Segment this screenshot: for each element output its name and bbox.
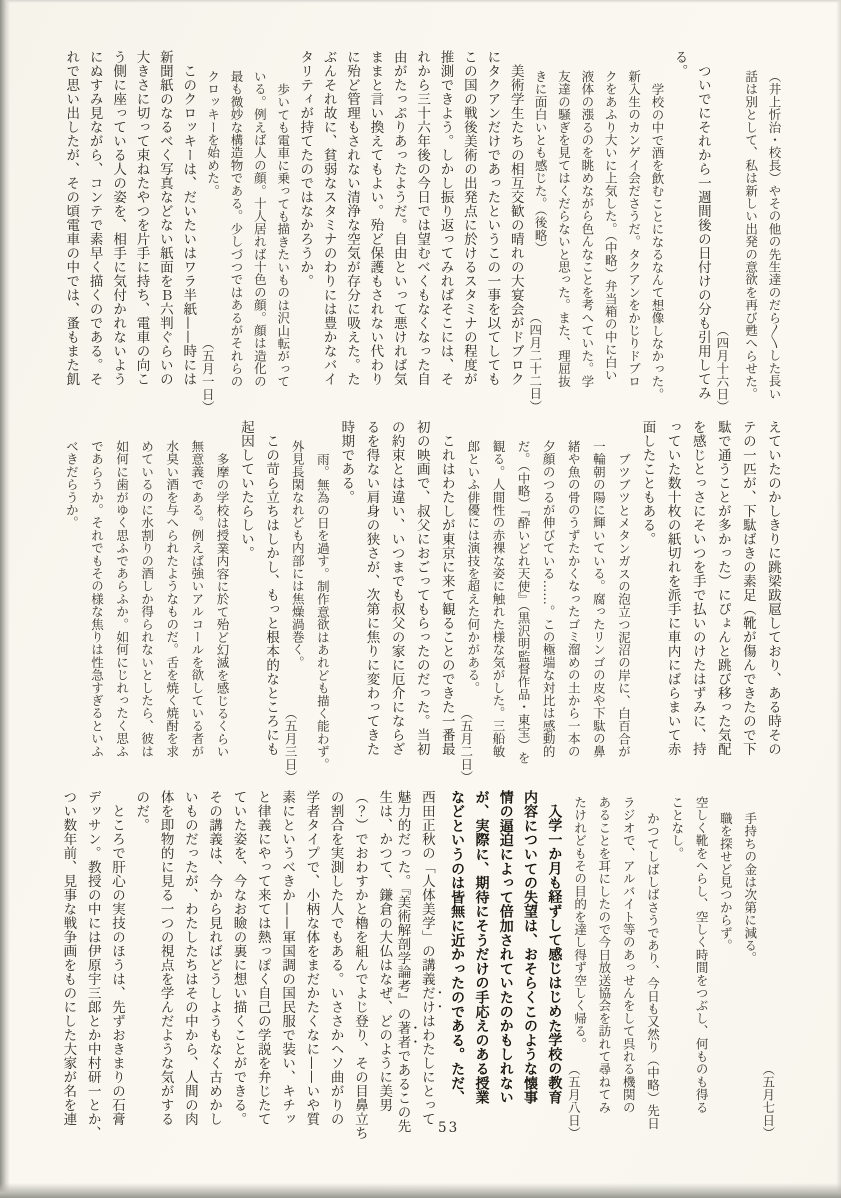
text-band-middle: えていたのかしきりに跳梁跋扈しており、ある時そのテの一匹が、下駄ばきの素足（靴が… xyxy=(55,420,783,765)
text-column: だ。（中略）『酔いどれ天使』（黒沢明監督作品・東宝）を xyxy=(507,420,532,785)
text-column: と律義にやって来ては熱っぽく自己の学説を弁じたて xyxy=(248,790,272,1135)
text-column: 生は、かつて、鎌倉の大仏はなぜ、どのように美男 xyxy=(370,790,394,1135)
text-column: 観る。人間性の赤裸な姿に触れた様な気がした。三船敏 xyxy=(482,420,507,785)
text-column: （？）でおわすかと櫓を組んでよじ登り、その目鼻立ち xyxy=(346,790,370,1135)
text-column: この国の戦後美術の出発点に於けるスタミナの程度が xyxy=(456,50,479,395)
text-column: これはわたしが東京に来て観ることのできた一番最 xyxy=(432,420,457,779)
entry-date: （五月八日） xyxy=(564,1063,582,1139)
entry-date: （四月二十二日） xyxy=(526,311,544,413)
text-band-bottom: （五月七日）手持ちの金は次第に減る。職を探せど見つからず。空しく靴をへらし、空し… xyxy=(54,790,783,1135)
text-column: 由がたっぷりあったようだ。自由といって悪ければ気 xyxy=(385,50,408,395)
entry-date: （五月七日） xyxy=(759,1063,777,1139)
text-column: 新入生のカンゲイ会ださうだ。タクアンをかじりドブロ xyxy=(619,50,642,415)
text-column: などというのは皆無に近かったのである。ただ、 xyxy=(443,790,467,1135)
text-column: 学校の中で酒を飲むことになるなんて想像しなかった。 xyxy=(643,50,666,428)
text-column: う側に座っている人の姿を、相手に気付かれないよう xyxy=(105,50,128,395)
text-column: 時期である。 xyxy=(331,420,356,765)
text-column: えていたのかしきりに跳梁跋扈しており、ある時その xyxy=(758,420,783,765)
text-column: 駄で通うことが多かった）にぴょんと跳び移った気配 xyxy=(708,420,733,765)
text-column: 推測できよう。しかし振り返ってみればそこには、そ xyxy=(432,50,455,395)
text-column: 郎といふ俳優には演技を超えた何かがある。（五月二日） xyxy=(457,420,482,785)
text-column: 起因していたらしい。 xyxy=(231,420,256,765)
text-column: の割合を実測した人でもある。いささかヘソ曲がりの xyxy=(321,790,345,1135)
text-column: たけれどもその目的を達し得ず空しく帰る。（五月八日） xyxy=(564,790,588,1141)
text-column: 学者タイプで、小柄な体をまだかたくなに——いや質 xyxy=(297,790,321,1135)
scan-edge-right xyxy=(836,0,841,1198)
text-column: 一輪朝の陽に輝いている。腐ったリンゴの皮や下駄の鼻 xyxy=(582,420,607,785)
text-column: あることを耳にしたので今日放送協会を訪れて尋ねてみ xyxy=(589,790,613,1141)
text-column: の約束とは違い、いつまでも叔父の家に厄介にならざ xyxy=(382,420,407,765)
text-column: ところで肝心の実技のほうは、先ずおきまりの石膏 xyxy=(103,790,127,1149)
text-column: 情の逼迫によって倍加されていたのかもしれない xyxy=(491,790,515,1135)
text-column: 友達の騒ぎを見てはくだらないと思った。また、理屈抜 xyxy=(549,50,572,415)
text-column: タリティが持てたのではなかろうか。 xyxy=(292,50,315,395)
entry-date: （四月十六日） xyxy=(713,324,731,413)
text-column: その講義は、今から見ればどうしようもなく古めかし xyxy=(200,790,224,1135)
scan-edge-left xyxy=(0,0,10,1198)
text-column: 空しく靴をへらし、空しく時間をつぶし、何ものも得る xyxy=(686,790,710,1141)
text-column: ていた姿を、今なお瞼の裏に想い描くことができる。 xyxy=(224,790,248,1135)
text-column: いものだったが、わたしたちはその中から、人間の肉 xyxy=(176,790,200,1135)
text-column: いる。例えば人の顔。十人居れば十色の顔。顔は造化の xyxy=(245,50,268,415)
text-column: （井上忻治・校長）やその他の先生達のだら〳〵した長い xyxy=(760,50,783,415)
text-column: べきだらうか。 xyxy=(55,420,80,785)
text-column: この苛ら立ちはしかし、もっと根本的なところにも xyxy=(256,420,281,779)
text-column: 如何に歯がゆく思ふであらふか。如何にじれったく思ふ xyxy=(105,420,130,785)
text-column: クロッキーを始めた。（五月一日） xyxy=(198,50,221,415)
text-column: クをあふり大いに上気した。（中略）弁当箱の中に白い xyxy=(596,50,619,415)
scan-edge-top xyxy=(0,0,841,3)
text-column: 液体の漲るのを眺めながら色んなことを考へていた。学 xyxy=(572,50,595,415)
text-column: 入学一か月も経ずして感じはじめた学校の教育 xyxy=(540,790,564,1149)
date-column: （四月十六日） xyxy=(713,50,736,415)
text-column: るを得ない肩身の狭さが、次第に焦りに変わってきた xyxy=(356,420,381,765)
text-column: ことなし。 xyxy=(662,790,686,1141)
book-page: （井上忻治・校長）やその他の先生達のだら〳〵した長い話は別として、私は新しい出発… xyxy=(0,0,841,1198)
entry-date: （五月一日） xyxy=(198,337,216,413)
text-column: のだ。 xyxy=(127,790,151,1135)
text-column: このクロッキーは、だいたいはワラ半紙——時には xyxy=(175,50,198,409)
text-column: にぬすみ見ながら、コンテで素早く描くのである。そ xyxy=(81,50,104,395)
text-column: 話は別として、私は新しい出発の意欲を再び甦へらせた。 xyxy=(736,50,759,415)
text-column: ブツブツとメタンガスの泡立つ泥沼の岸に、白百合が xyxy=(607,420,632,798)
text-column: つい数年前、見事な戦争画をものにした大家が名を連 xyxy=(54,790,78,1135)
text-column: れで思い出したが、その頃電車の中では、蚤もまた飢 xyxy=(58,50,81,395)
text-column: 緒や魚の骨のうずたかくなったゴミ溜めの土から一本の xyxy=(557,420,582,785)
text-column: テの一匹が、下駄ばきの素足（靴が傷んできたので下 xyxy=(733,420,758,765)
text-column: 美術学生たちの相互交歓の晴れの大宴会がドブロク xyxy=(502,50,525,409)
text-column: が、実際に、期待にそうだけの手応えのある授業 xyxy=(467,790,491,1135)
text-column: ままと言い換えてもよい。殆ど保護もされない代わり xyxy=(362,50,385,395)
text-column: に殆ど管理もされない清浄な空気が存分に吸えた。た xyxy=(339,50,362,395)
text-column: 夕顔のつるが伸びている……。この極端な対比は感動的 xyxy=(532,420,557,785)
date-column: （五月七日） xyxy=(759,790,783,1141)
text-column: ついでにそれから一週間後の日付けの分も引用してみ xyxy=(689,50,712,409)
text-column: 外見長閑なれども内部には焦燥渦巻く。（五月三日） xyxy=(281,420,306,785)
text-column: っていた数十枚の紙切れを派手に車内にばらまいて赤 xyxy=(658,420,683,765)
text-column: 最も微妙な構造物である。少しづつではあるがそれらの xyxy=(222,50,245,415)
text-column: 雨。無為の日を過す。制作意欲はあれども描く能わず。 xyxy=(306,420,331,798)
text-column: 西田正秋の「人体美学」の講義だけはわたしにとって xyxy=(419,790,443,1135)
text-column: ラジオで、アルバイト等のあっせんをして呉れる機関の xyxy=(613,790,637,1141)
text-column: 手持ちの金は次第に減る。 xyxy=(734,790,758,1157)
text-column: 水臭い酒を与へられたようなものだ。舌を焼く焼酎を求 xyxy=(156,420,181,785)
page-number: 53 xyxy=(438,1120,459,1136)
text-column: めているのに水割りの酒しか得られないとしたら、彼は xyxy=(131,420,156,785)
entry-date: （五月二日） xyxy=(457,707,475,783)
text-column: 初の映画で、叔父におごってもらったのだった。当初 xyxy=(407,420,432,765)
scan-edge-bottom xyxy=(0,1183,841,1198)
text-column: かつてしばしばさうであり、今日も又然り（中略）先日 xyxy=(637,790,661,1157)
text-column: デッサン。教授の中には伊原宇三郎とか中村研一とか、 xyxy=(78,790,102,1135)
text-column: 面したこともある。 xyxy=(632,420,657,765)
text-column: 素にというべきか——軍国調の国民服で装い、キチッ xyxy=(273,790,297,1135)
text-column: 内容についての失望は、おそらくこのような懐事 xyxy=(516,790,540,1135)
text-column: 新聞紙のなるべく写真などない紙面をＢ六判ぐらいの xyxy=(151,50,174,395)
text-column: を感じとっさにそいつを手で払いのけたはずみに、持 xyxy=(683,420,708,765)
text-column: であらうか。それでもその様な焦りは性急すぎるといふ xyxy=(80,420,105,785)
text-column: 無意義である。例えば強いアルコールを欲している者が xyxy=(181,420,206,785)
text-column: れから三十六年後の今日では望むべくもなくなった自 xyxy=(409,50,432,395)
text-column: きに面白いとも感じた。（後略）（四月二十二日） xyxy=(526,50,549,415)
text-column: ぶんそれ故に、貧弱なスタミナのわりには豊かなバイ xyxy=(315,50,338,395)
text-column: 多摩の学校は授業内容に於て殆ど幻滅を感じるくらい xyxy=(206,420,231,798)
text-column: 魅力的だった。『美術解剖学論考』の著者であるこの先 xyxy=(394,790,418,1135)
entry-date: （五月三日） xyxy=(281,707,299,783)
text-column: 大きさに切って束ねたやつを片手に持ち、電車の向こ xyxy=(128,50,151,395)
text-column: 職を探せど見つからず。 xyxy=(710,790,734,1157)
text-column: にタクアンだけであったというこの一事を以てしても xyxy=(479,50,502,395)
text-column: 歩いても電車に乗っても描きたいものは沢山転がって xyxy=(268,50,291,428)
text-column: 体を即物的に見る一つの視点を学んだような気がする xyxy=(151,790,175,1135)
text-column: る。 xyxy=(666,50,689,395)
text-band-top: （井上忻治・校長）やその他の先生達のだら〳〵した長い話は別として、私は新しい出発… xyxy=(58,50,783,395)
